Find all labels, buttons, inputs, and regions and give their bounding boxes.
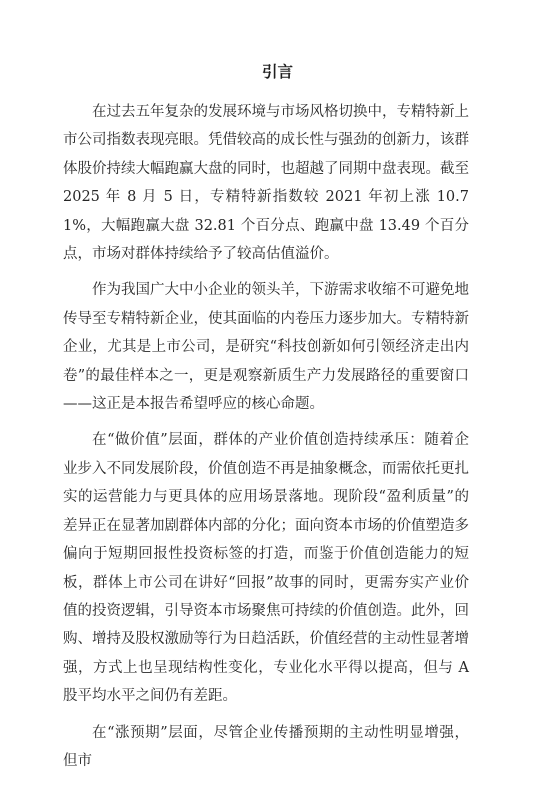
paragraph: 在“涨预期”层面，尽管企业传播预期的主动性明显增强，但市 bbox=[63, 719, 469, 776]
document-body: 在过去五年复杂的发展环境与市场风格切换中，专精特新上市公司指数表现亮眼。凭借较高… bbox=[63, 98, 469, 783]
paragraph: 作为我国广大中小企业的领头羊，下游需求收缩不可避免地传导至专精特新企业，使其面临… bbox=[63, 276, 469, 418]
paragraph: 在“做价值”层面，群体的产业价值创造持续承压：随着企业步入不同发展阶段，价值创造… bbox=[63, 426, 469, 710]
document-page: 引言 在过去五年复杂的发展环境与市场风格切换中，专精特新上市公司指数表现亮眼。凭… bbox=[0, 0, 555, 791]
paragraph: 在过去五年复杂的发展环境与市场风格切换中，专精特新上市公司指数表现亮眼。凭借较高… bbox=[63, 98, 469, 268]
section-title: 引言 bbox=[0, 62, 555, 82]
